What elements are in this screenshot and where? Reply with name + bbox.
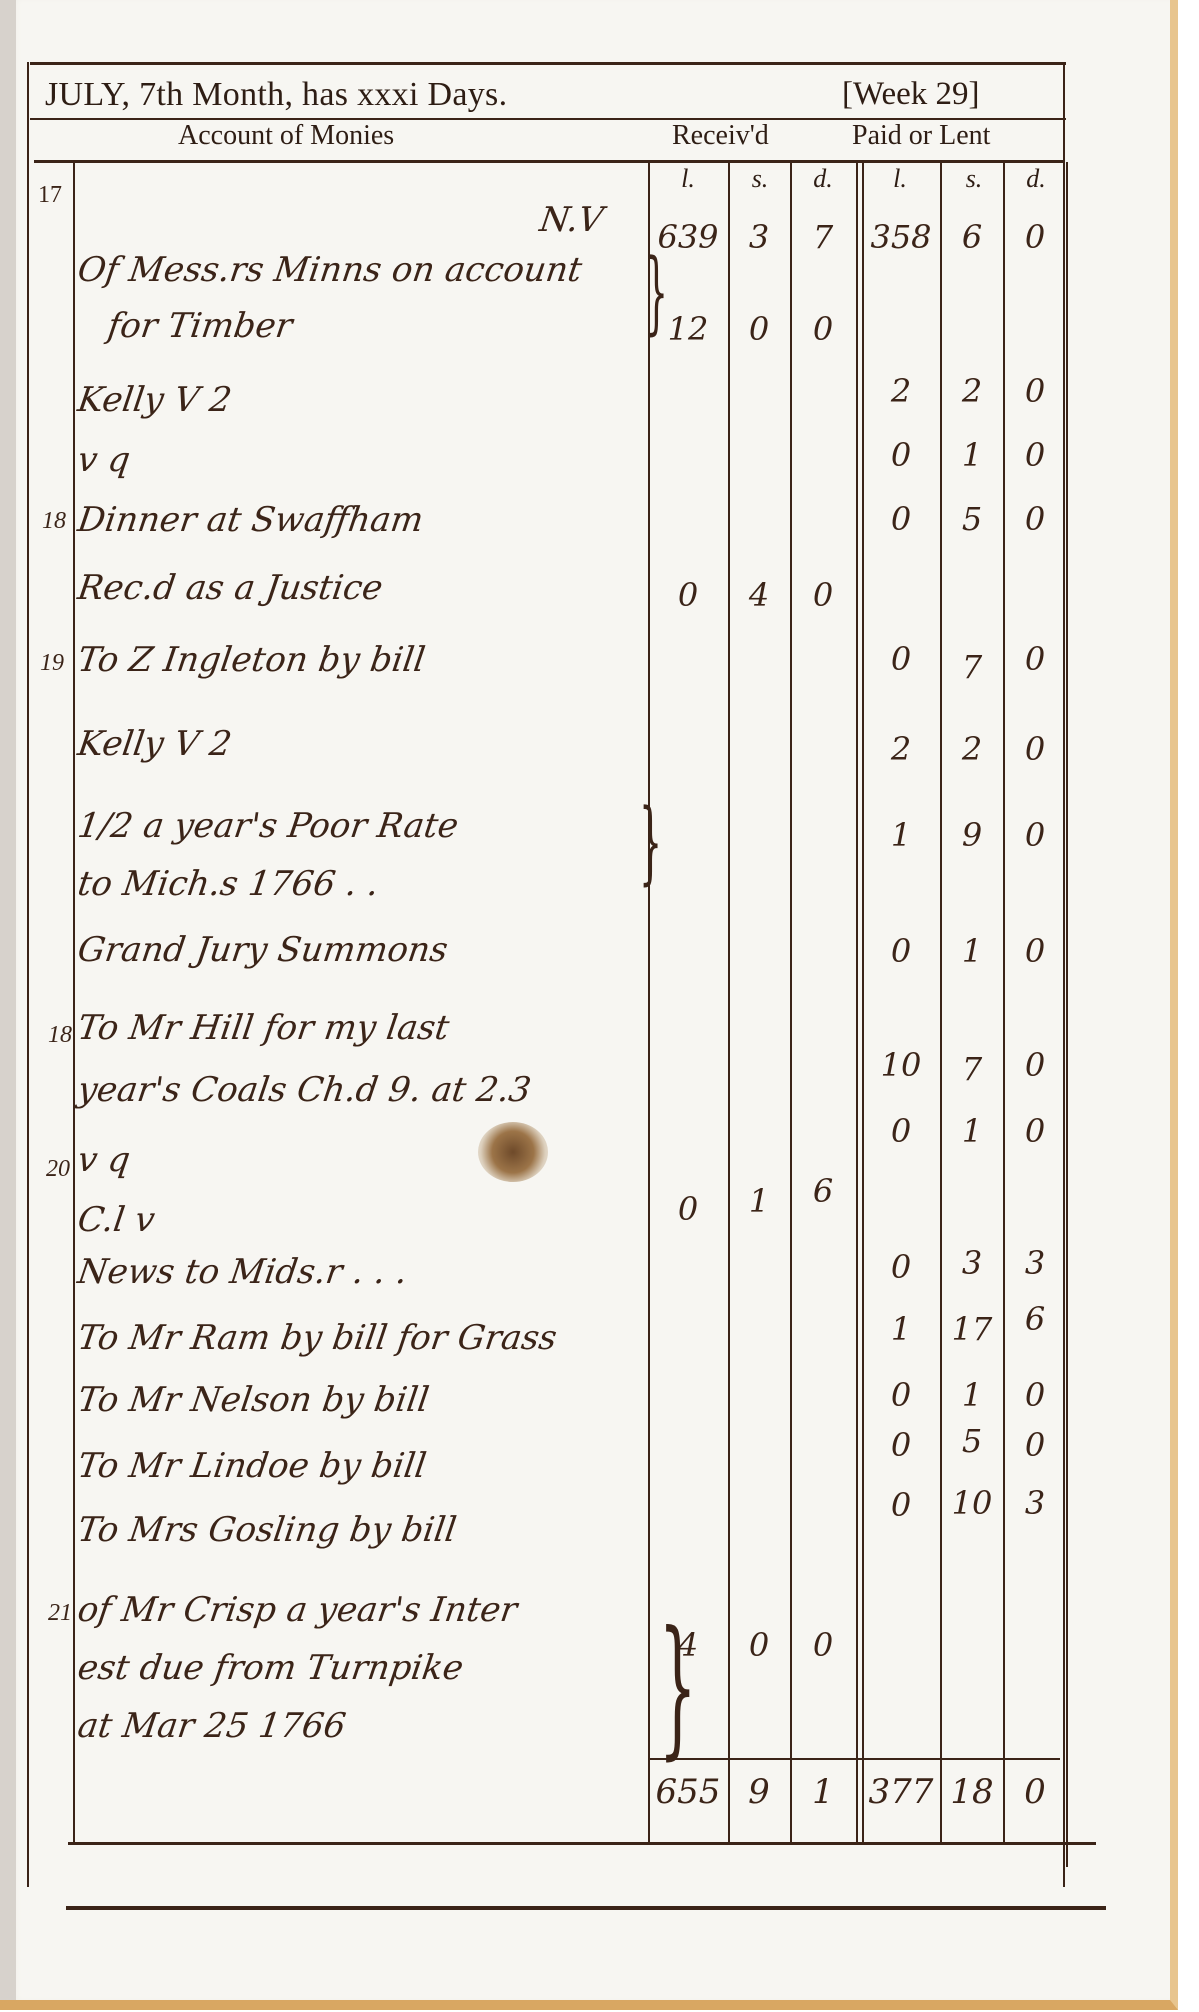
paid-s-line (940, 162, 942, 1842)
paid-d: 3 (1005, 1484, 1065, 1522)
paid-s: 5 (942, 1422, 1002, 1460)
page-title: JULY, 7th Month, has xxxi Days. (45, 76, 507, 114)
unit-received-shillings: s. (730, 164, 790, 194)
paid-l: 0 (864, 436, 938, 474)
entry-text: Of Mess.rs Minns on account (75, 250, 584, 290)
entry-text: To Mr Nelson by bill (75, 1380, 431, 1420)
unit-paid-pence: d. (1006, 164, 1066, 194)
received-d: 0 (792, 576, 854, 614)
paid-l: 0 (864, 1486, 938, 1524)
day-marker: 17 (38, 182, 62, 209)
paid-l: 0 (864, 1376, 938, 1414)
entry-text: Kelly V 2 (75, 380, 234, 420)
paid-d: 0 (1005, 730, 1065, 768)
received-s: 0 (730, 1626, 788, 1664)
header-rule (34, 160, 1064, 163)
paid-s: 2 (942, 372, 1002, 410)
bottom-rule-1 (68, 1842, 1096, 1845)
paid-d: 6 (1005, 1300, 1065, 1338)
entry-text: Dinner at Swaffham (75, 500, 426, 540)
paid-l: 1 (864, 1310, 938, 1348)
entry-text: of Mr Crisp a year's Inter (75, 1590, 519, 1630)
total-received-s: 9 (730, 1772, 788, 1812)
paid-l: 2 (864, 730, 938, 768)
received-s-line (728, 162, 730, 1842)
received-d-line (790, 162, 792, 1842)
paid-s: 9 (942, 816, 1002, 854)
paid-d-line (1003, 162, 1005, 1842)
cf-paid-s: 6 (942, 218, 1002, 256)
paid-l: 0 (864, 500, 938, 538)
entry-text-line2: for Timber (105, 306, 295, 346)
unit-paid-shillings: s. (944, 164, 1004, 194)
paid-l: 2 (864, 372, 938, 410)
paid-l: 10 (864, 1046, 938, 1084)
entry-text: Kelly V 2 (75, 724, 234, 764)
entry-text: To Z Ingleton by bill (75, 640, 427, 680)
cf-received-s: 3 (730, 218, 788, 256)
paid-l: 0 (864, 640, 938, 678)
total-received-d: 1 (792, 1772, 854, 1812)
entry-text-line2: year's Coals Ch.d 9. at 2.3 (75, 1070, 533, 1110)
entry-text: To Mr Hill for my last (75, 1008, 452, 1048)
paid-d: 0 (1005, 436, 1065, 474)
paid-s: 2 (942, 730, 1002, 768)
unit-received-pence: d. (793, 164, 853, 194)
cf-paid-l: 358 (864, 218, 938, 256)
total-received-l: 655 (650, 1772, 726, 1812)
paid-s: 1 (942, 436, 1002, 474)
paid-double-line-a (856, 162, 858, 1842)
entry-text: v q (75, 1140, 132, 1180)
day-marker: 18 (48, 1022, 72, 1049)
day-marker: 21 (48, 1600, 72, 1627)
paid-s: 10 (942, 1484, 1002, 1522)
paid-d: 0 (1005, 932, 1065, 970)
day-column-line (73, 162, 75, 1842)
day-marker: 19 (40, 650, 64, 677)
cf-paid-d: 0 (1005, 218, 1065, 256)
column-header-paid: Paid or Lent (852, 120, 990, 152)
entry-text: To Mr Ram by bill for Grass (75, 1318, 559, 1358)
entry-text: Grand Jury Summons (75, 930, 450, 970)
entry-text-line2: est due from Turnpike (75, 1648, 466, 1688)
paid-s: 17 (942, 1310, 1002, 1348)
paid-l: 1 (864, 816, 938, 854)
paid-d: 0 (1005, 500, 1065, 538)
paid-d: 0 (1005, 372, 1065, 410)
paid-s: 1 (942, 932, 1002, 970)
received-l: 4 (650, 1626, 726, 1664)
paid-double-line-b (862, 162, 864, 1842)
week-label: [Week 29] (842, 76, 980, 113)
unit-paid-pounds: l. (870, 164, 930, 194)
received-d: 6 (792, 1172, 854, 1210)
brace: } (639, 790, 662, 895)
day-marker: 20 (46, 1156, 70, 1183)
entry-text-line2: to Mich.s 1766 . . (75, 864, 381, 904)
paid-d: 0 (1005, 1046, 1065, 1084)
paid-s: 1 (942, 1376, 1002, 1414)
column-header-account: Account of Monies (178, 120, 394, 152)
received-l: 12 (650, 310, 726, 348)
paid-l: 0 (864, 1112, 938, 1150)
entry-text: News to Mids.r . . . (75, 1252, 410, 1292)
received-d: 0 (792, 1626, 854, 1664)
cf-received-d: 7 (792, 218, 854, 256)
paid-s: 7 (942, 1050, 1002, 1088)
paid-d: 0 (1005, 640, 1065, 678)
paid-d: 0 (1005, 1376, 1065, 1414)
entry-text: v q (75, 440, 132, 480)
received-d: 0 (792, 310, 854, 348)
paid-s: 7 (942, 648, 1002, 686)
paid-l: 0 (864, 1248, 938, 1286)
entry-text: To Mrs Gosling by bill (75, 1510, 459, 1550)
received-s: 0 (730, 310, 788, 348)
carried-forward-label: N.V (537, 200, 606, 240)
paid-s: 1 (942, 1112, 1002, 1150)
paid-d: 0 (1005, 1112, 1065, 1150)
bottom-rule-2 (66, 1906, 1106, 1910)
paid-s: 5 (942, 500, 1002, 538)
paid-l: 0 (864, 932, 938, 970)
entry-text-line3: at Mar 25 1766 (75, 1706, 348, 1746)
received-s: 4 (730, 576, 788, 614)
paid-s: 3 (942, 1244, 1002, 1282)
ink-stain (478, 1122, 548, 1182)
entry-text: 1/2 a year's Poor Rate (75, 806, 461, 846)
received-s: 1 (730, 1182, 788, 1220)
entry-text: To Mr Lindoe by bill (75, 1446, 428, 1486)
paid-d: 0 (1005, 1426, 1065, 1464)
total-paid-s: 18 (942, 1772, 1002, 1812)
entry-text: Rec.d as a Justice (75, 568, 385, 608)
unit-received-pounds: l. (658, 164, 718, 194)
totals-rule (650, 1758, 1060, 1760)
received-l: 0 (650, 1190, 726, 1228)
column-header-received: Receiv'd (672, 120, 769, 152)
total-paid-d: 0 (1005, 1772, 1065, 1812)
received-l-line (648, 162, 650, 1842)
paid-d: 0 (1005, 816, 1065, 854)
ledger-page: JULY, 7th Month, has xxxi Days. [Week 29… (0, 0, 1178, 2010)
paid-l: 0 (864, 1426, 938, 1464)
page-spine-shadow (0, 0, 16, 2000)
paid-d: 3 (1005, 1244, 1065, 1282)
day-marker: 18 (42, 508, 66, 535)
received-l: 0 (650, 576, 726, 614)
entry-text: C.l v (75, 1200, 157, 1240)
right-border-line (1066, 162, 1068, 1867)
total-paid-l: 377 (864, 1772, 938, 1812)
